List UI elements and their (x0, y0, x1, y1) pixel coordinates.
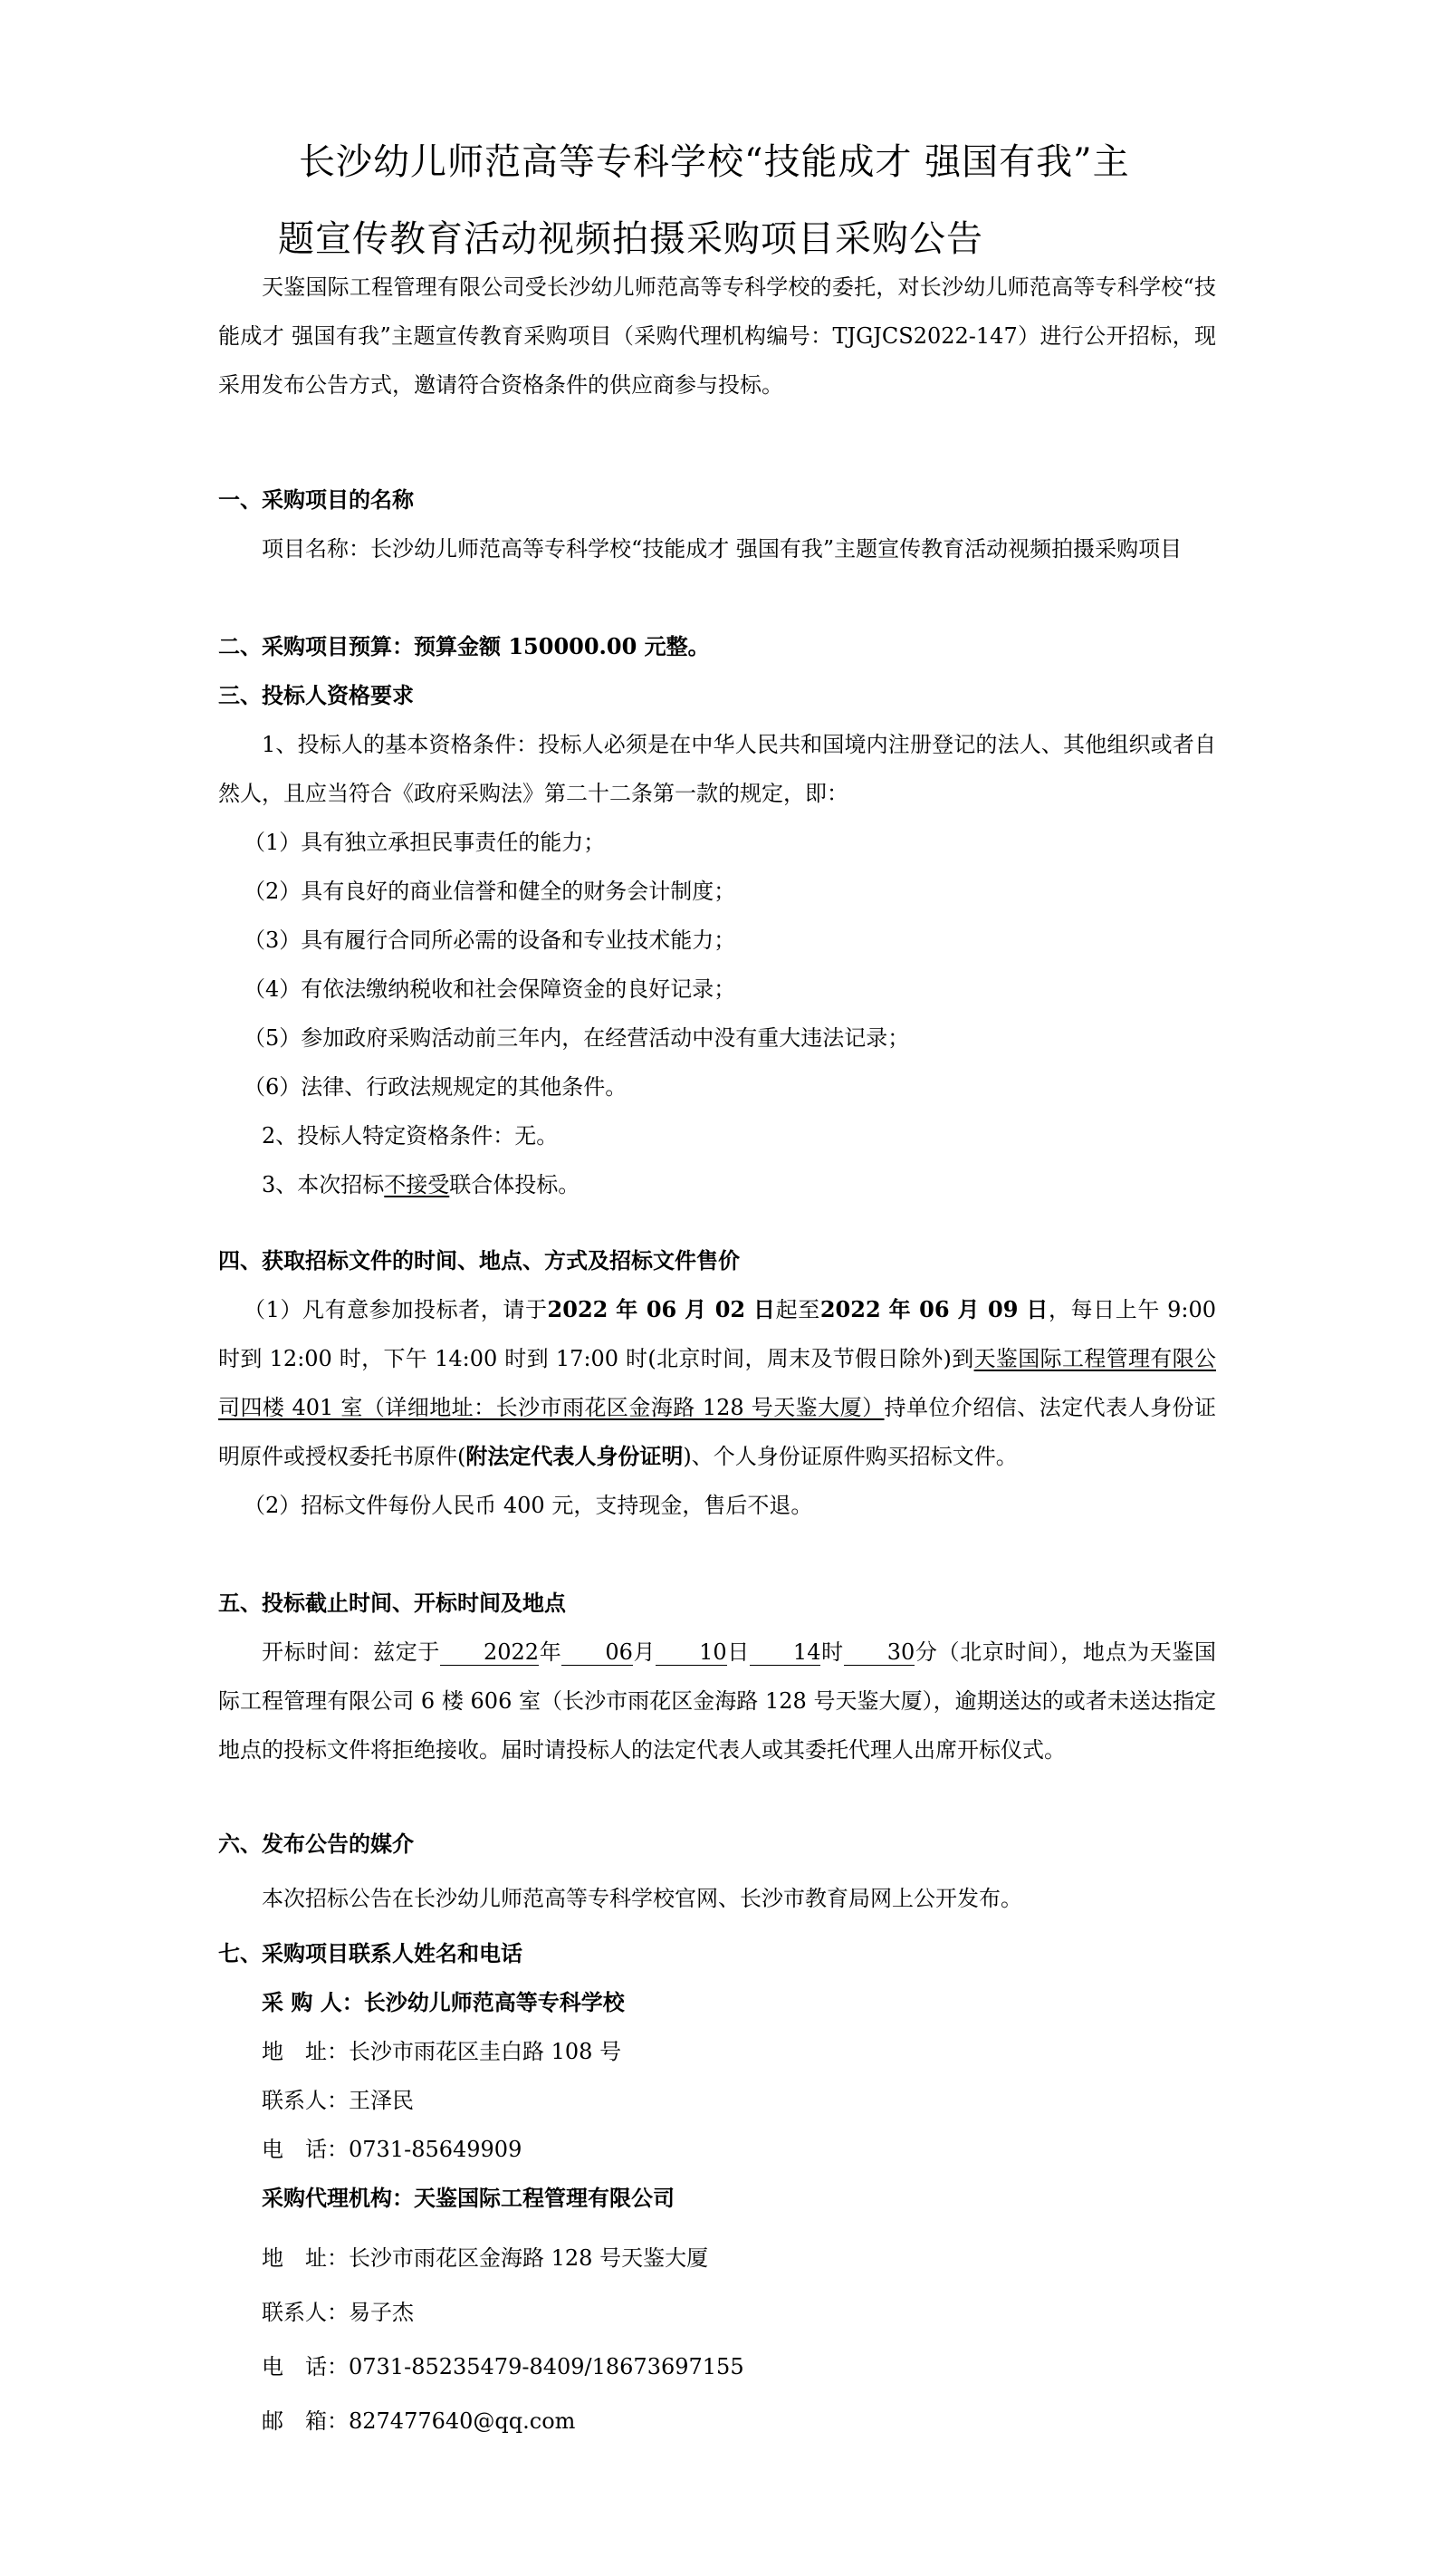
intro-paragraph: 天鉴国际工程管理有限公司受长沙幼儿师范高等专科学校的委托，对长沙幼儿师范高等专科… (218, 263, 1216, 409)
month-unit: 月 (633, 1639, 656, 1665)
bid-opening-year: 2022 (440, 1639, 539, 1666)
section-2-budget-heading: 二、采购项目预算：预算金额 150000.00 元整。 (218, 622, 1216, 671)
agency-contact-row: 联系人：易子杰 (218, 2288, 1216, 2337)
bid-opening-day: 10 (656, 1639, 727, 1666)
section-1-heading: 一、采购项目的名称 (218, 476, 1216, 524)
acquisition-text-e: )、个人身份证原件购买招标文件。 (683, 1444, 1017, 1469)
agency-name: 天鉴国际工程管理有限公司 (414, 2185, 675, 2211)
acquisition-required-doc: 附法定代表人身份证明 (465, 1443, 683, 1469)
consortium-prefix: 3、本次招标 (262, 1172, 384, 1197)
bid-opening-hour: 14 (750, 1639, 821, 1666)
agency-row: 采购代理机构：天鉴国际工程管理有限公司 (218, 2174, 1216, 2223)
section-7: 七、采购项目联系人姓名和电话 采 购 人：长沙幼儿师范高等专科学校 地 址：长沙… (218, 1929, 1216, 2446)
year-unit: 年 (539, 1639, 561, 1665)
purchaser-contact-name: 王泽民 (349, 2088, 414, 2113)
minute-unit: 分 (915, 1639, 937, 1665)
purchaser-address-label: 地 址： (262, 2039, 349, 2064)
qualification-item-5: （5）参加政府采购活动前三年内，在经营活动中没有重大违法记录； (218, 1014, 1216, 1062)
consortium-suffix: 联合体投标。 (449, 1172, 580, 1197)
document-acquisition-paragraph: （1）凡有意参加投标者，请于2022 年 06 月 02 日起至2022 年 0… (218, 1285, 1216, 1481)
specific-qualification: 2、投标人特定资格条件：无。 (218, 1111, 1216, 1160)
document-title-line-1: 长沙幼儿师范高等专科学校“技能成才 强国有我”主 (299, 130, 1130, 195)
purchaser-contact-row: 联系人：王泽民 (218, 2076, 1216, 2125)
agency-address-row: 地 址：长沙市雨花区金海路 128 号天鉴大厦 (218, 2234, 1216, 2283)
section-5: 五、投标截止时间、开标时间及地点 开标时间：兹定于2022年06月10日14时3… (218, 1579, 1216, 1774)
purchaser-phone-label: 电 话： (262, 2137, 349, 2162)
agency-phone: 0731-85235479-8409/18673697155 (349, 2354, 744, 2379)
purchaser-address-row: 地 址：长沙市雨花区圭白路 108 号 (218, 2027, 1216, 2076)
section-7-heading: 七、采购项目联系人姓名和电话 (218, 1929, 1216, 1978)
agency-label: 采购代理机构： (262, 2185, 414, 2211)
qualification-item-6: （6）法律、行政法规规定的其他条件。 (218, 1062, 1216, 1111)
publication-media-paragraph: 本次招标公告在长沙幼儿师范高等专科学校官网、长沙市教育局网上公开发布。 (218, 1874, 1216, 1923)
basic-qualification-paragraph: 1、投标人的基本资格条件：投标人必须是在中华人民共和国境内注册登记的法人、其他组… (218, 720, 1216, 818)
agency-phone-label: 电 话： (262, 2354, 349, 2379)
agency-email: 827477640@qq.com (349, 2408, 575, 2434)
section-1: 一、采购项目的名称 项目名称：长沙幼儿师范高等专科学校“技能成才 强国有我”主题… (218, 476, 1216, 573)
section-4: 四、获取招标文件的时间、地点、方式及招标文件售价 （1）凡有意参加投标者，请于2… (218, 1236, 1216, 1530)
qualification-item-1: （1）具有独立承担民事责任的能力； (218, 818, 1216, 867)
bid-opening-paragraph: 开标时间：兹定于2022年06月10日14时30分（北京时间），地点为天鉴国际工… (218, 1628, 1216, 1774)
agency-contact-label: 联系人： (262, 2300, 349, 2325)
qualification-item-4: （4）有依法缴纳税收和社会保障资金的良好记录； (218, 965, 1216, 1014)
bid-opening-month: 06 (561, 1639, 633, 1666)
agency-contact-name: 易子杰 (349, 2300, 414, 2325)
acquisition-start-date: 2022 年 06 月 02 日 (548, 1296, 776, 1322)
agency-address-label: 地 址： (262, 2245, 349, 2271)
purchaser-label: 采 购 人： (262, 1989, 364, 2015)
section-3: 三、投标人资格要求 1、投标人的基本资格条件：投标人必须是在中华人民共和国境内注… (218, 671, 1216, 1209)
consortium-statement: 3、本次招标不接受联合体投标。 (218, 1160, 1216, 1209)
acquisition-text-a: （1）凡有意参加投标者，请于 (244, 1297, 548, 1322)
purchaser-name: 长沙幼儿师范高等专科学校 (364, 1989, 625, 2015)
section-6: 六、发布公告的媒介 本次招标公告在长沙幼儿师范高等专科学校官网、长沙市教育局网上… (218, 1820, 1216, 1923)
agency-email-label: 邮 箱： (262, 2408, 349, 2434)
section-4-heading: 四、获取招标文件的时间、地点、方式及招标文件售价 (218, 1236, 1216, 1285)
purchaser-row: 采 购 人：长沙幼儿师范高等专科学校 (218, 1978, 1216, 2027)
agency-address: 长沙市雨花区金海路 128 号天鉴大厦 (349, 2245, 708, 2271)
section-5-heading: 五、投标截止时间、开标时间及地点 (218, 1579, 1216, 1628)
hour-unit: 时 (820, 1639, 843, 1665)
section-2: 二、采购项目预算：预算金额 150000.00 元整。 (218, 622, 1216, 671)
agency-email-row: 邮 箱：827477640@qq.com (218, 2397, 1216, 2446)
bid-opening-label: 开标时间：兹定于 (262, 1639, 440, 1665)
section-3-heading: 三、投标人资格要求 (218, 671, 1216, 720)
agency-phone-row: 电 话：0731-85235479-8409/18673697155 (218, 2342, 1216, 2391)
consortium-not-accepted: 不接受 (384, 1172, 449, 1197)
document-price: （2）招标文件每份人民币 400 元，支持现金，售后不退。 (218, 1481, 1216, 1530)
qualification-item-3: （3）具有履行合同所必需的设备和专业技术能力； (218, 916, 1216, 965)
purchaser-address: 长沙市雨花区圭白路 108 号 (349, 2039, 621, 2064)
purchaser-phone-row: 电 话：0731-85649909 (218, 2125, 1216, 2174)
intro-block: 天鉴国际工程管理有限公司受长沙幼儿师范高等专科学校的委托，对长沙幼儿师范高等专科… (218, 263, 1216, 409)
day-unit: 日 (727, 1639, 750, 1665)
section-6-heading: 六、发布公告的媒介 (218, 1820, 1216, 1869)
project-name-paragraph: 项目名称：长沙幼儿师范高等专科学校“技能成才 强国有我”主题宣传教育活动视频拍摄… (218, 524, 1216, 573)
purchaser-phone: 0731-85649909 (349, 2137, 522, 2162)
qualification-item-2: （2）具有良好的商业信誉和健全的财务会计制度； (218, 867, 1216, 916)
acquisition-text-b: 起至 (776, 1297, 820, 1322)
purchaser-contact-label: 联系人： (262, 2088, 349, 2113)
bid-opening-minute: 30 (844, 1639, 915, 1666)
acquisition-end-date: 2022 年 06 月 09 日 (820, 1296, 1049, 1322)
